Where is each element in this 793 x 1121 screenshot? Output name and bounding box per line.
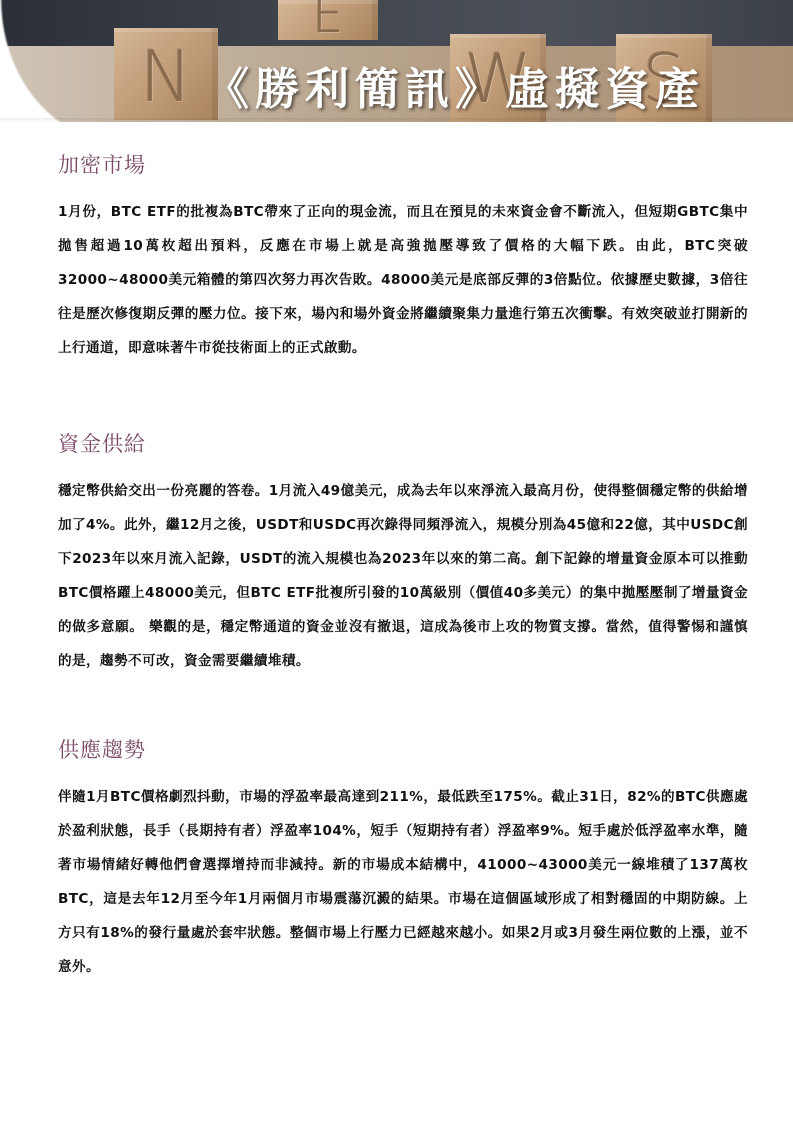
banner-curve-mask xyxy=(0,0,120,122)
section-heading: 資金供給 xyxy=(58,430,748,458)
header-banner: E N W S 《勝利簡訊》虛擬資產 xyxy=(0,0,793,122)
wooden-block-e: E xyxy=(278,0,378,40)
section-heading: 供應趨勢 xyxy=(58,736,748,764)
section-body: 穩定幣供給交出一份亮麗的答卷。1月流入49億美元，成為去年以來淨流入最高月份，使… xyxy=(58,474,748,678)
wooden-block-n: N xyxy=(114,28,218,120)
section-body: 1月份，BTC ETF的批複為BTC帶來了正向的現金流，而且在預見的未來資金會不… xyxy=(58,195,748,365)
section-crypto-market: 加密市場 1月份，BTC ETF的批複為BTC帶來了正向的現金流，而且在預見的未… xyxy=(58,151,748,365)
section-capital-supply: 資金供給 穩定幣供給交出一份亮麗的答卷。1月流入49億美元，成為去年以來淨流入最… xyxy=(58,430,748,678)
banner-title: 《勝利簡訊》虛擬資產 xyxy=(205,60,705,120)
banner-bottom-shadow xyxy=(0,118,793,122)
block-letter-e: E xyxy=(278,0,378,44)
section-body: 伴隨1月BTC價格劇烈抖動，市場的浮盈率最高達到211%，最低跌至175%。截止… xyxy=(58,780,748,984)
section-supply-trend: 供應趨勢 伴隨1月BTC價格劇烈抖動，市場的浮盈率最高達到211%，最低跌至17… xyxy=(58,736,748,984)
section-heading: 加密市場 xyxy=(58,151,748,179)
block-letter-n: N xyxy=(114,36,218,118)
